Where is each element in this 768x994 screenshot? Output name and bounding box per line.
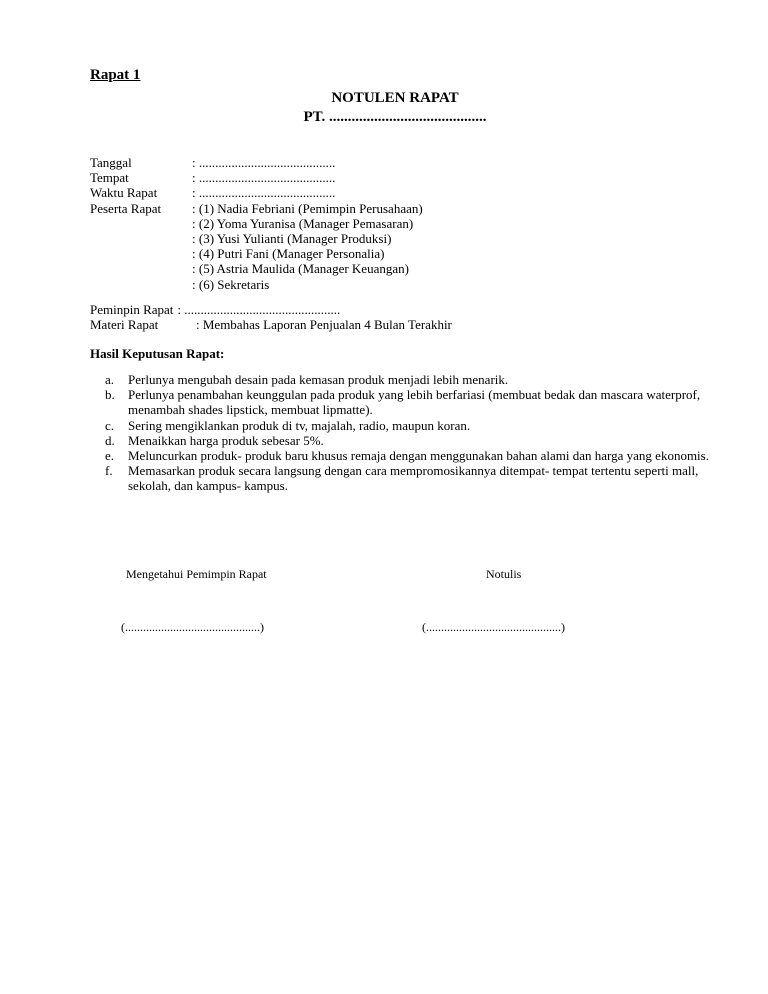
list-item: c.Sering mengiklankan produk di tv, maja… (105, 418, 725, 433)
list-item: f.Memasarkan produk secara langsung deng… (105, 463, 725, 493)
list-item: e.Meluncurkan produk- produk baru khusus… (105, 448, 725, 463)
list-item: a.Perlunya mengubah desain pada kemasan … (105, 372, 725, 387)
decisions-heading: Hasil Keputusan Rapat: (90, 346, 224, 362)
signature-line-notulis: (.......................................… (422, 620, 565, 635)
info-row-materi: Materi Rapat: Membahas Laporan Penjualan… (90, 317, 452, 332)
document-title: NOTULEN RAPAT (0, 90, 768, 107)
info-row-peserta: : (5) Astria Maulida (Manager Keuangan) (90, 261, 423, 276)
info-row-peserta: : (4) Putri Fani (Manager Personalia) (90, 246, 423, 261)
signature-label-leader: Mengetahui Pemimpin Rapat (126, 567, 267, 582)
decisions-list: a.Perlunya mengubah desain pada kemasan … (105, 372, 725, 494)
signature-label-notulis: Notulis (486, 567, 521, 582)
info-row-peserta: Peserta Rapat: (1) Nadia Febriani (Pemim… (90, 201, 423, 216)
info-row-tempat: Tempat: ................................… (90, 170, 423, 185)
info-row-tanggal: Tanggal: ...............................… (90, 155, 423, 170)
list-item: d.Menaikkan harga produk sebesar 5%. (105, 433, 725, 448)
meeting-info: Tanggal: ...............................… (90, 155, 423, 292)
list-item: b.Perlunya penambahan keunggulan pada pr… (105, 387, 725, 417)
info-row-peserta: : (3) Yusi Yulianti (Manager Produksi) (90, 231, 423, 246)
document-label: Rapat 1 (90, 67, 140, 84)
info-row-peserta: : (6) Sekretaris (90, 277, 423, 292)
signature-line-leader: (.......................................… (121, 620, 264, 635)
info-row-waktu: Waktu Rapat: ...........................… (90, 185, 423, 200)
company-name: PT. ....................................… (0, 109, 768, 126)
info-row-peserta: : (2) Yoma Yuranisa (Manager Pemasaran) (90, 216, 423, 231)
meeting-info-secondary: Peminpin Rapat: ........................… (90, 302, 452, 332)
info-row-pemimpin: Peminpin Rapat: ........................… (90, 302, 452, 317)
